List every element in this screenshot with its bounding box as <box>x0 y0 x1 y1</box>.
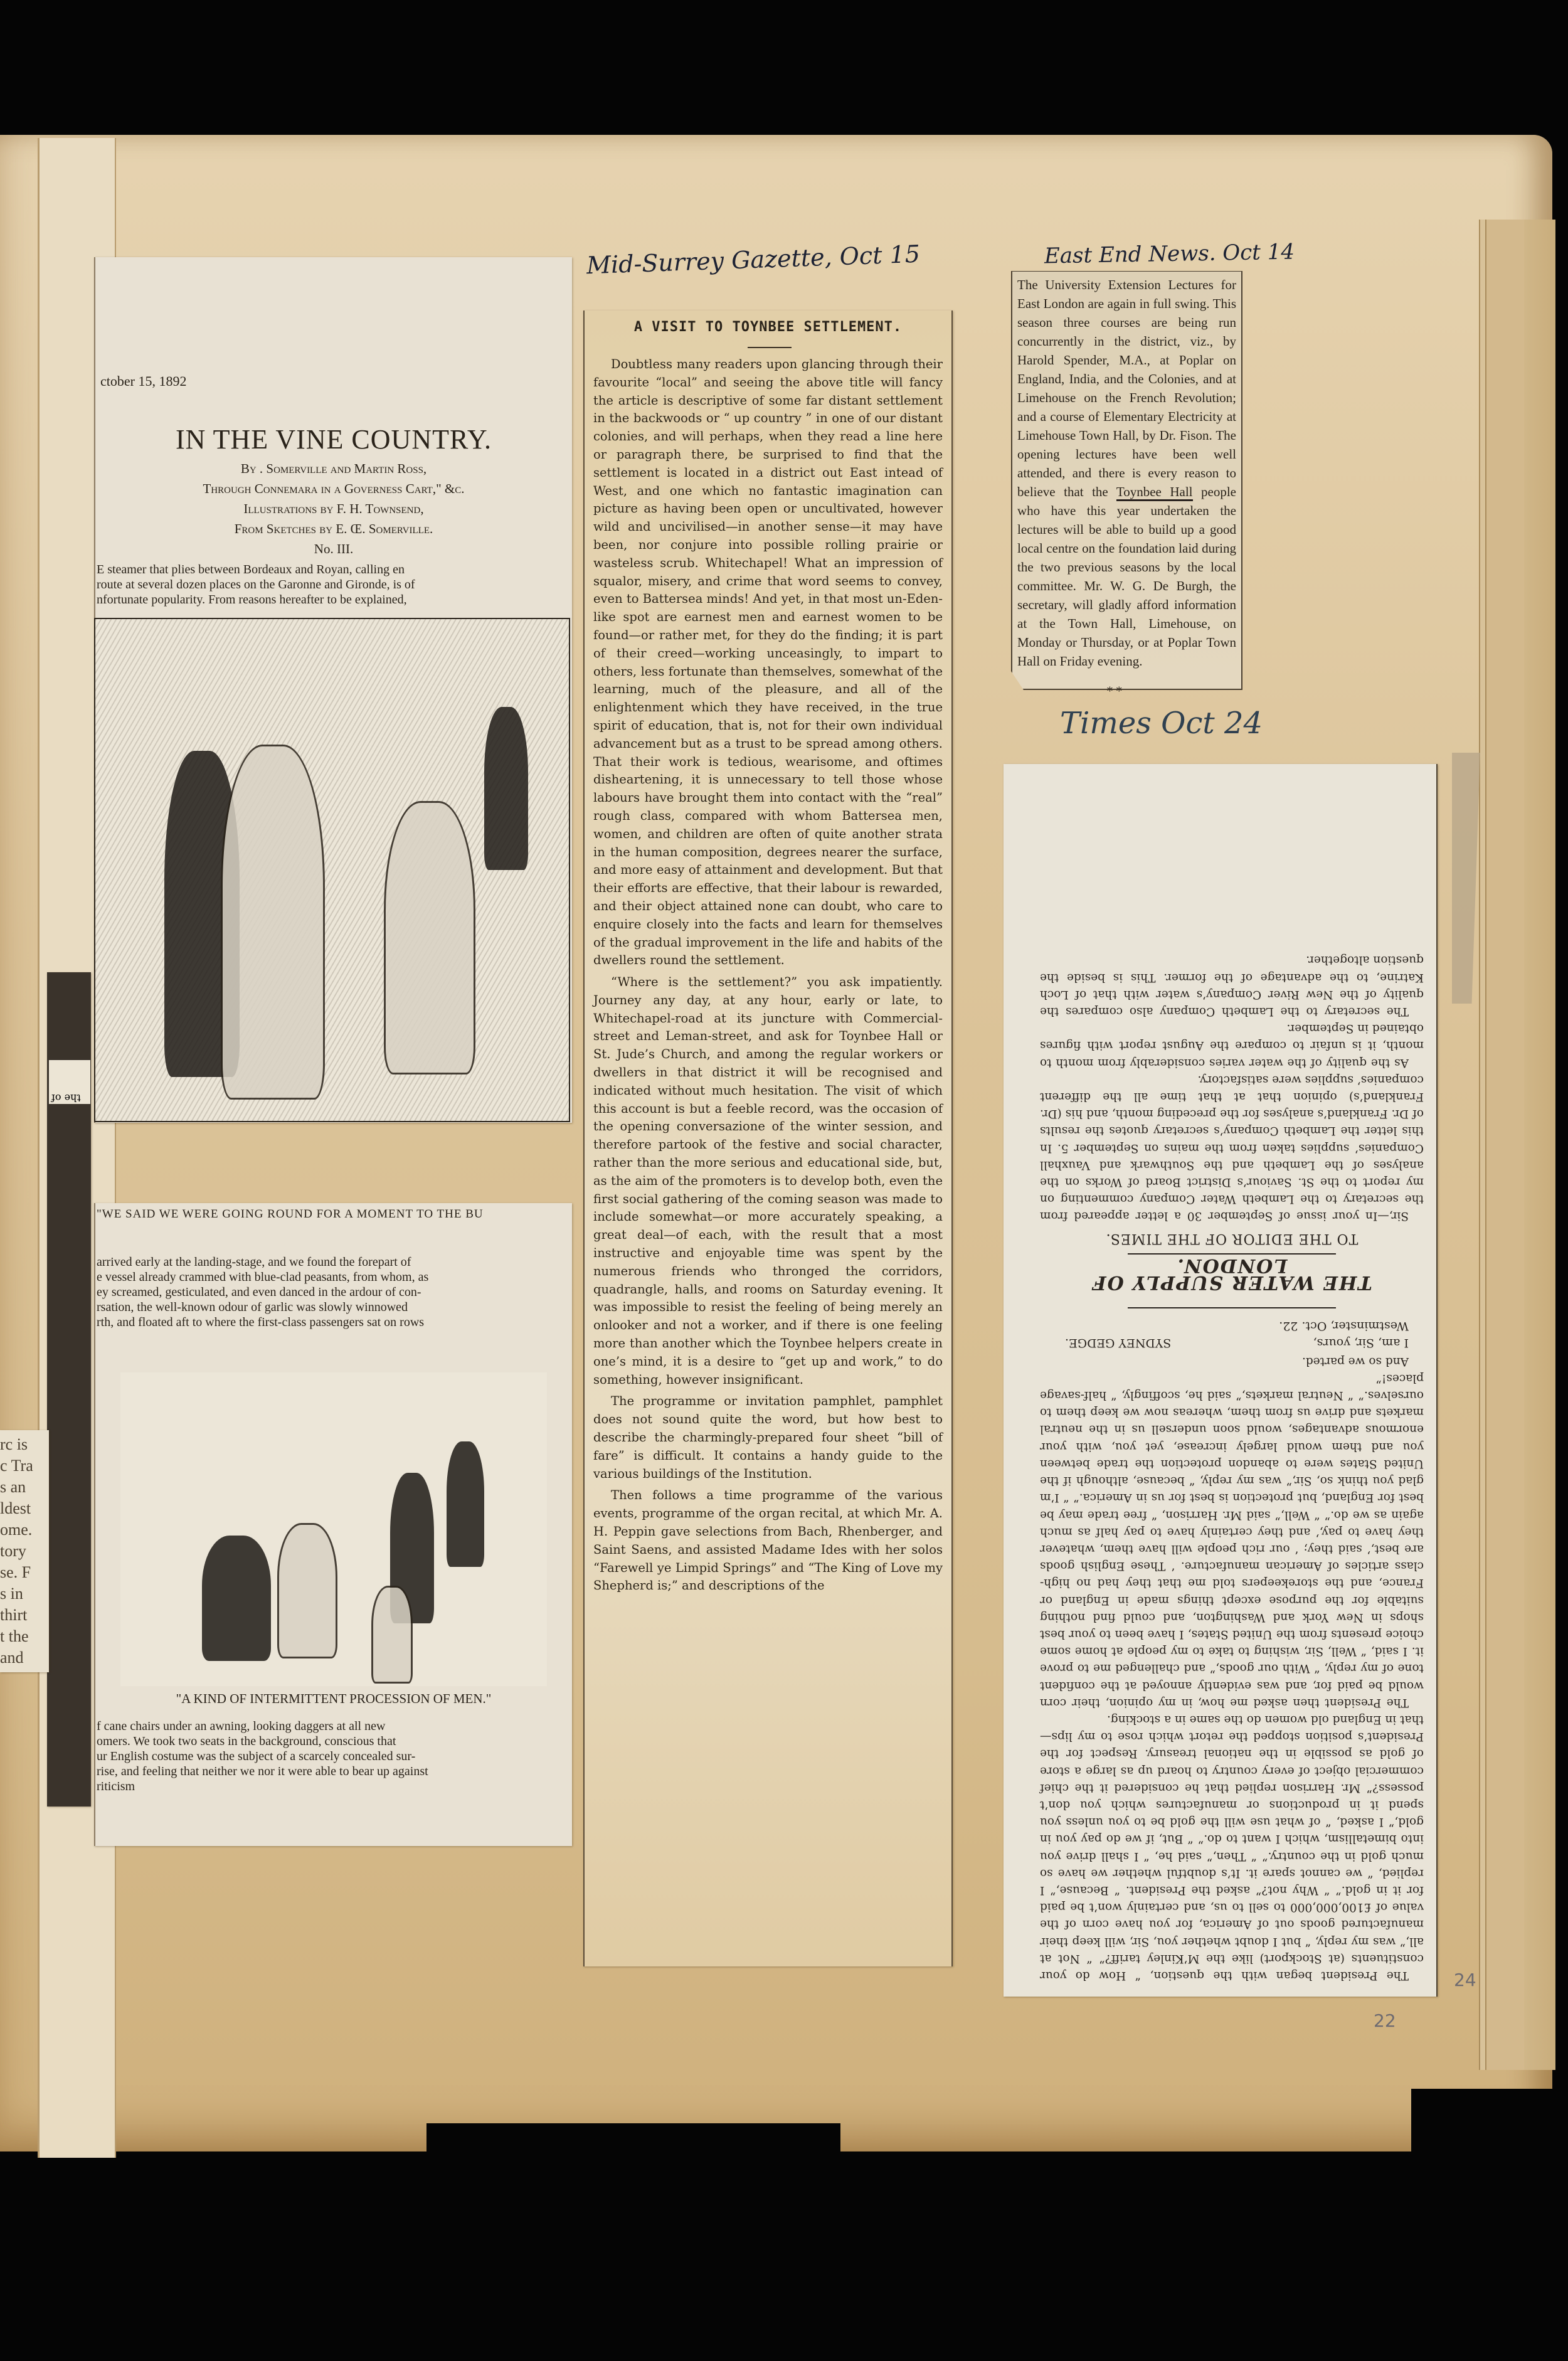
text-line: arrived early at the landing-stage, and … <box>97 1255 567 1270</box>
fragment-line: se. F <box>0 1562 49 1583</box>
toynbee-settlement-clipping: A VISIT TO TOYNBEE SETTLEMENT. Doubtless… <box>583 310 953 1966</box>
page-stack-right-inner <box>1485 220 1524 2070</box>
fragment-line: ldest <box>0 1498 49 1519</box>
vine-country-clipping-bottom: "WE SAID WE WERE GOING ROUND FOR A MOMEN… <box>94 1203 572 1846</box>
illustration-caption-bottom: "A KIND OF INTERMITTENT PROCESSION OF ME… <box>95 1691 572 1707</box>
paragraph: As the quality of the water varies consi… <box>1040 1020 1424 1071</box>
title-rule <box>748 347 792 348</box>
signature-block: I am, Sir, yours, SYDNEY GEDGE. <box>1040 1334 1424 1352</box>
torn-edge <box>426 2123 840 2161</box>
sketch-credit: From Sketches by E. Œ. Somerville. <box>95 521 572 537</box>
fragment-line: ome. <box>0 1519 49 1541</box>
text-line: rth, and floated aft to where the first-… <box>97 1315 567 1330</box>
text-before: The University Extension Lectures for Ea… <box>1017 277 1236 499</box>
rotated-content: The President began with the question, “… <box>1004 764 1436 1997</box>
paragraph: The President began with the question, “… <box>1040 1711 1424 1984</box>
headline: THE WATER SUPPLY OF LONDON. <box>1040 1257 1424 1291</box>
paragraph: And so we parted. <box>1040 1352 1424 1369</box>
illustration-two-women-porter <box>94 618 570 1122</box>
times-water-supply-clipping: The President began with the question, “… <box>1004 764 1438 1997</box>
signoff: I am, Sir, yours, <box>1313 1334 1409 1351</box>
illustrator-credit: Illustrations by F. H. Townsend, <box>95 501 572 517</box>
figure-man-hat <box>447 1441 484 1567</box>
vine-country-clipping-top: ctober 15, 1892 IN THE VINE COUNTRY. By … <box>94 257 572 1123</box>
fragment-line: thirt <box>0 1605 49 1626</box>
article-title: A VISIT TO TOYNBEE SETTLEMENT. <box>591 319 945 335</box>
torn-edge <box>1411 2089 1568 2164</box>
double-rule <box>1128 1307 1336 1308</box>
paragraph: “Where is the settlement?” you ask impat… <box>593 974 943 1389</box>
text-line: nfortunate popularity. From reasons here… <box>97 592 567 607</box>
text-line: rsation, the well-known odour of garlic … <box>97 1300 567 1315</box>
figure-child <box>371 1586 413 1684</box>
subheadline: TO THE EDITOR OF THE TIMES. <box>1040 1229 1424 1246</box>
illustration-caption-top: "WE SAID WE WERE GOING ROUND FOR A MOMEN… <box>97 1207 567 1222</box>
text-line: E steamer that plies between Bordeaux an… <box>97 562 567 577</box>
text-line: ur English costume was the subject of a … <box>97 1749 567 1764</box>
article-body: Doubtless many readers upon glancing thr… <box>593 356 943 1599</box>
section-divider-stars: * * <box>1107 685 1122 698</box>
place-date: Westminster, Oct. 22. <box>1040 1317 1424 1334</box>
series-note: Through Connemara in a Governess Cart," … <box>95 481 572 497</box>
figure-woman-cloak <box>221 745 325 1100</box>
text-line: ey screamed, gesticulated, and even danc… <box>97 1285 567 1300</box>
fragment-line: t the <box>0 1626 49 1647</box>
article-body: The University Extension Lectures for Ea… <box>1017 275 1236 671</box>
signer: SYDNEY GEDGE. <box>1065 1334 1171 1351</box>
fragment-line: and <box>0 1647 49 1669</box>
fragment-line: tory <box>0 1541 49 1562</box>
paragraph: Sir,—In your issue of September 30 a let… <box>1040 1071 1424 1225</box>
paragraph: Doubtless many readers upon glancing thr… <box>593 356 943 970</box>
part-number: No. III. <box>95 541 572 557</box>
page-number-22: 22 <box>1374 2010 1396 2031</box>
paragraph: Then follows a time programme of the var… <box>593 1487 943 1595</box>
figure-seated-woman <box>202 1536 271 1661</box>
byline: By . Somerville and Martin Ross, <box>95 461 572 477</box>
east-end-news-clipping: The University Extension Lectures for Ea… <box>1011 271 1242 690</box>
page-number-24: 24 <box>1454 1970 1476 1990</box>
fragment-line: s in <box>0 1583 49 1605</box>
body-text-end: f cane chairs under an awning, looking d… <box>97 1719 567 1794</box>
fragment-line: rc is <box>0 1434 49 1455</box>
text-line: riticism <box>97 1779 567 1794</box>
figure-seated-companion <box>277 1523 337 1658</box>
text-after: people who have this year undertaken the… <box>1017 484 1236 669</box>
upside-down-label: the of <box>49 1060 90 1104</box>
issue-date: ctober 15, 1892 <box>100 373 186 390</box>
intro-text: E steamer that plies between Bordeaux an… <box>97 562 567 607</box>
handwritten-source-times: Times Oct 24 <box>1060 706 1263 741</box>
figure-man-background <box>484 707 528 870</box>
body-text-middle: arrived early at the landing-stage, and … <box>97 1255 567 1330</box>
fragment-line: s an <box>0 1477 49 1498</box>
text-line: route at several dozen places on the Gar… <box>97 577 567 592</box>
text-line: f cane chairs under an awning, looking d… <box>97 1719 567 1734</box>
fragment-line: c Tra <box>0 1455 49 1477</box>
underlined-toynbee-hall: Toynbee Hall <box>1116 484 1193 501</box>
article-title: IN THE VINE COUNTRY. <box>95 423 572 455</box>
text-line: rise, and feeling that neither we nor it… <box>97 1764 567 1779</box>
paragraph: The secretary to the Lambeth Company als… <box>1040 952 1424 1020</box>
article-body: The President began with the question, “… <box>1040 952 1424 1984</box>
handwritten-source-east-end-news: East End News. Oct 14 <box>1044 240 1295 269</box>
paragraph: The programme or invitation pamphlet, pa… <box>593 1393 943 1483</box>
text-line: omers. We took two seats in the backgrou… <box>97 1734 567 1749</box>
paragraph: The President then asked me how, in my o… <box>1040 1370 1424 1711</box>
figure-porter <box>384 801 475 1074</box>
illustration-procession-of-men <box>120 1372 547 1686</box>
left-margin-text-fragment: rc is c Tra s an ldest ome. tory se. F s… <box>0 1430 49 1672</box>
text-line: e vessel already crammed with blue-clad … <box>97 1270 567 1285</box>
